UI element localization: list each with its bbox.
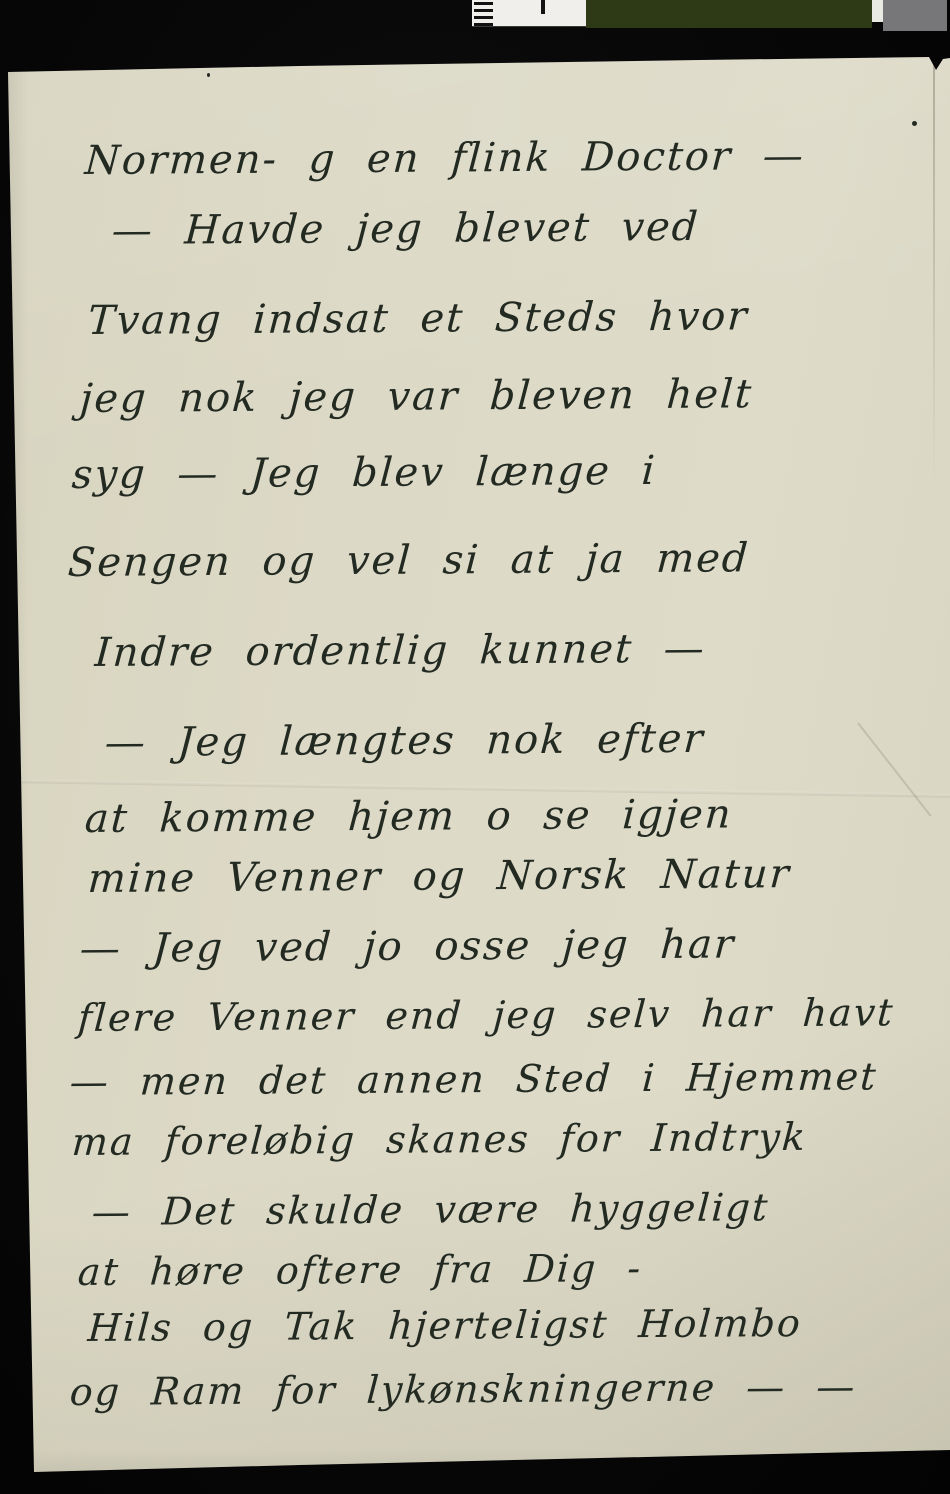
handwritten-line: syg — Jeg blev længe i xyxy=(71,448,658,498)
ruler-tick-icon xyxy=(474,16,493,19)
handwritten-line: — men det annen Sted i Hjemmet xyxy=(69,1054,879,1104)
ruler-tick-icon xyxy=(541,0,545,14)
handwritten-line: Hils og Tak hjerteligst Holmbo xyxy=(87,1301,804,1350)
ruler-tick-icon xyxy=(474,9,493,12)
ruler-tick-icon xyxy=(474,23,493,26)
handwritten-line: mine Venner og Norsk Natur xyxy=(87,851,793,902)
handwritten-line: — Jeg ved jo osse jeg har xyxy=(79,921,737,972)
handwritten-line: — Havde jeg blevet ved xyxy=(111,204,701,254)
handwritten-line: — Jeg længtes nok efter xyxy=(104,716,707,766)
letter-paper: Normen- g en flink Doctor —— Havde jeg b… xyxy=(0,0,950,1494)
scanned-letter-page: Normen- g en flink Doctor —— Havde jeg b… xyxy=(0,0,950,1494)
handwritten-line: Tvang indsat et Steds hvor xyxy=(87,293,750,344)
handwritten-line: at høre oftere fra Dig - xyxy=(77,1246,644,1294)
handwritten-line: — Det skulde være hyggeligt xyxy=(91,1185,771,1234)
ruler-tick-icon xyxy=(474,2,493,5)
handwritten-line: Normen- g en flink Doctor — xyxy=(84,133,807,184)
handwritten-line: ma foreløbig skanes for Indtryk xyxy=(71,1115,809,1164)
handwritten-line: Indre ordentlig kunnet — xyxy=(94,626,708,676)
handwritten-line: flere Venner end jeg selv har havt xyxy=(77,990,896,1040)
handwriting-layer: Normen- g en flink Doctor —— Havde jeg b… xyxy=(0,0,950,1494)
calibration-ruler xyxy=(472,0,586,27)
handwritten-line: og Ram for lykønskningerne — — xyxy=(69,1364,858,1414)
color-patch-gray xyxy=(883,0,947,31)
handwritten-line: Sengen og vel si at ja med xyxy=(67,535,752,586)
color-patch-olive xyxy=(586,0,872,28)
color-patch-white xyxy=(872,0,883,22)
handwritten-line: jeg nok jeg var bleven helt xyxy=(79,371,755,422)
handwritten-line: at komme hjem o se igjen xyxy=(84,791,735,842)
